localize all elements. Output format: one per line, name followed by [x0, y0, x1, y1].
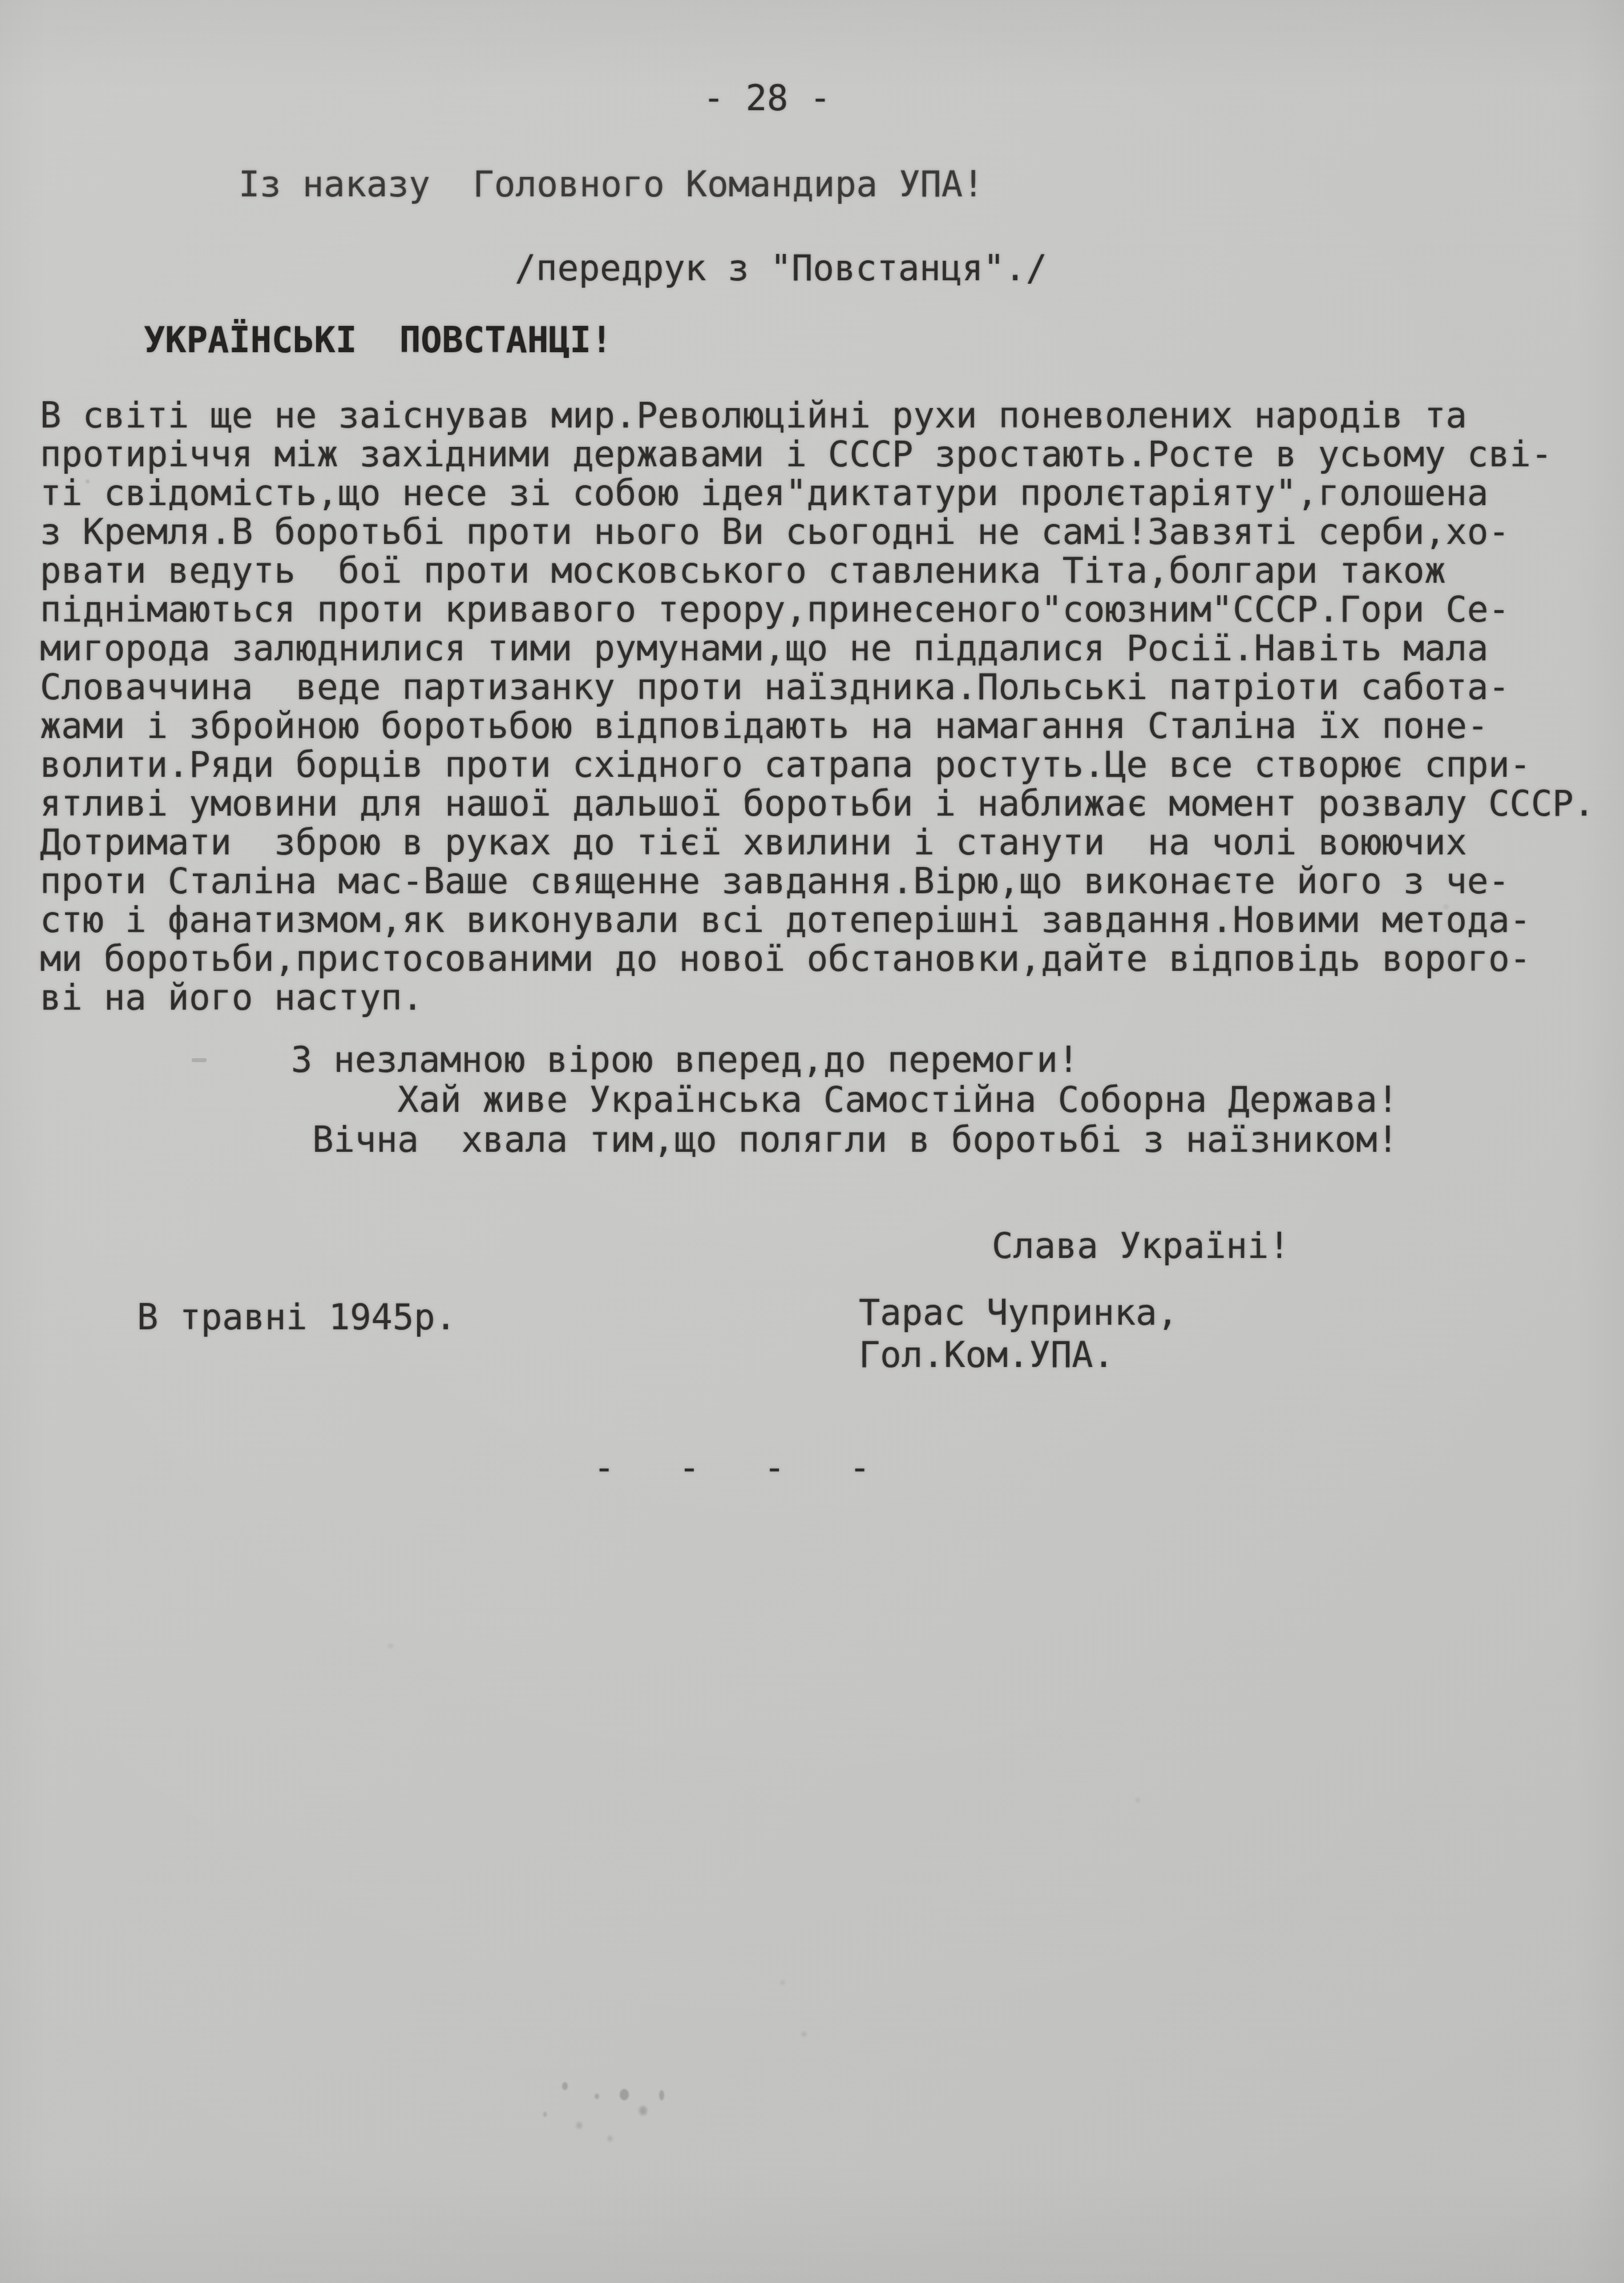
scan-artifact — [1136, 1798, 1140, 1802]
closing-glory-line: Слава Україні! — [992, 1227, 1290, 1265]
slogans-block: З незламною вірою вперед,до перемоги! Ха… — [35, 1040, 1399, 1160]
order-title: Із наказу Головного Командира УПА! — [239, 165, 984, 204]
scan-artifact — [562, 2082, 568, 2090]
scan-artifact — [620, 2089, 629, 2100]
separator-dashes: - - - - — [593, 1449, 870, 1487]
scan-artifact — [543, 2112, 547, 2117]
scan-artifact — [659, 2090, 664, 2100]
scan-artifact — [595, 2094, 599, 2099]
date-line: В травні 1945р. — [137, 1298, 457, 1337]
signature-name: Тарас Чупринка, — [859, 1293, 1178, 1332]
scan-artifact — [576, 2122, 582, 2129]
scan-artifact — [802, 2032, 806, 2036]
scan-artifact — [608, 2136, 612, 2141]
salutation-heading: УКРАЇНСЬКІ ПОВСТАНЦІ! — [144, 321, 612, 360]
scan-artifact — [781, 1981, 785, 1984]
body-text: В світі ще не заіснував мир.Революційні … — [40, 396, 1595, 1017]
page-number: - 28 - — [703, 79, 831, 118]
scan-artifact — [639, 2106, 647, 2115]
reprint-note: /передрук з "Повстанця"./ — [515, 249, 1047, 288]
scanned-document-page: - 28 - Із наказу Головного Командира УПА… — [0, 0, 1624, 2283]
signature-title: Гол.Ком.УПА. — [859, 1336, 1114, 1374]
scan-artifact — [388, 1644, 393, 1648]
